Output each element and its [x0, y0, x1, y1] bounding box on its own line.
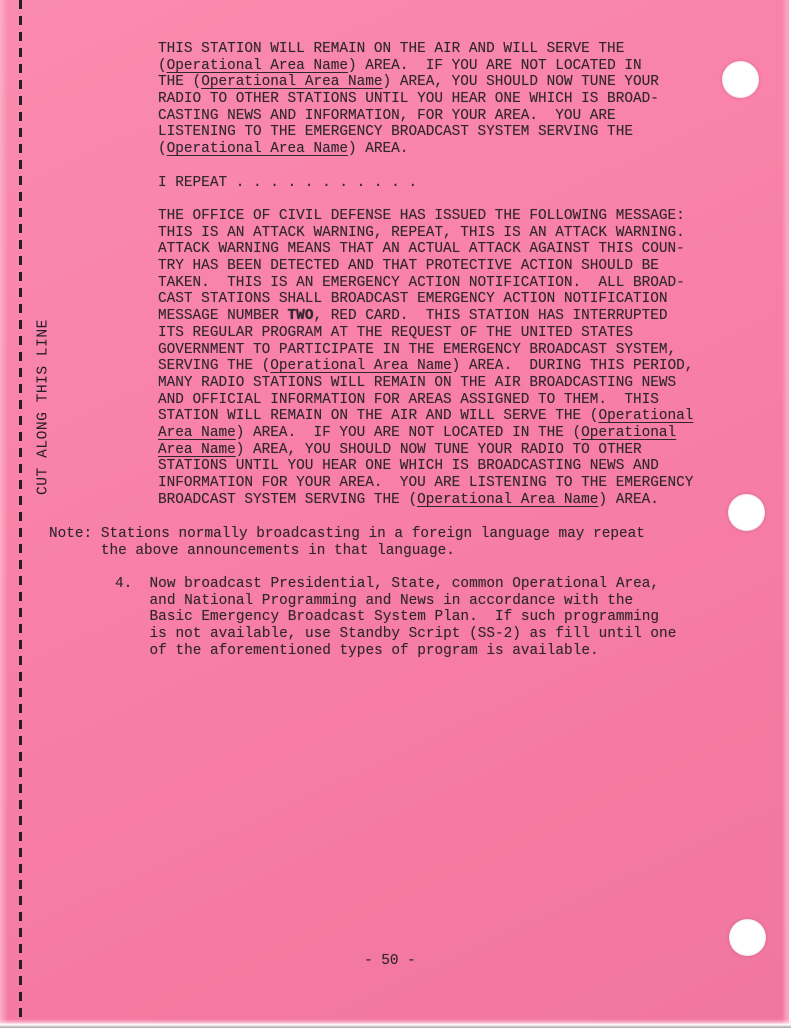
text-line: Area Name) AREA. IF YOU ARE NOT LOCATED …: [158, 425, 693, 442]
text-line: TAKEN. THIS IS AN EMERGENCY ACTION NOTIF…: [158, 275, 693, 292]
page-right-edge: [782, 0, 791, 1028]
text-line: is not available, use Standby Script (SS…: [115, 626, 676, 643]
text-line: ATTACK WARNING MEANS THAT AN ACTUAL ATTA…: [158, 241, 693, 258]
text-line: (Operational Area Name) AREA. IF YOU ARE…: [158, 58, 659, 75]
text-line: and National Programming and News in acc…: [115, 593, 676, 610]
text-line: RADIO TO OTHER STATIONS UNTIL YOU HEAR O…: [158, 91, 659, 108]
punch-hole-middle: [728, 494, 765, 531]
punch-hole-bottom: [729, 919, 766, 956]
note: Note: Stations normally broadcasting in …: [49, 526, 645, 559]
text-line: ITS REGULAR PROGRAM AT THE REQUEST OF TH…: [158, 325, 693, 342]
text-line: 4. Now broadcast Presidential, State, co…: [115, 576, 676, 593]
text-line: MANY RADIO STATIONS WILL REMAIN ON THE A…: [158, 375, 693, 392]
text-line: AND OFFICIAL INFORMATION FOR AREAS ASSIG…: [158, 392, 693, 409]
text-line: CAST STATIONS SHALL BROADCAST EMERGENCY …: [158, 291, 693, 308]
punch-hole-top: [722, 61, 759, 98]
cut-dashed-line: [19, 0, 22, 1020]
text-line: SERVING THE (Operational Area Name) AREA…: [158, 358, 693, 375]
document-page: CUT ALONG THIS LINE THIS STATION WILL RE…: [0, 0, 791, 1028]
cut-along-line-label: CUT ALONG THIS LINE: [36, 319, 53, 495]
text-line: THIS IS AN ATTACK WARNING, REPEAT, THIS …: [158, 225, 693, 242]
text-line: Basic Emergency Broadcast System Plan. I…: [115, 609, 676, 626]
text-line: of the aforementioned types of program i…: [115, 643, 676, 660]
text-line: GOVERNMENT TO PARTICIPATE IN THE EMERGEN…: [158, 342, 693, 359]
page-number: - 50 -: [364, 953, 416, 970]
text-line: MESSAGE NUMBER TWO, RED CARD. THIS STATI…: [158, 308, 693, 325]
text-line: STATIONS UNTIL YOU HEAR ONE WHICH IS BRO…: [158, 458, 693, 475]
text-line: STATION WILL REMAIN ON THE AIR AND WILL …: [158, 408, 693, 425]
paragraph-2: THE OFFICE OF CIVIL DEFENSE HAS ISSUED T…: [158, 208, 693, 508]
text-line: LISTENING TO THE EMERGENCY BROADCAST SYS…: [158, 124, 659, 141]
text-line: Note: Stations normally broadcasting in …: [49, 526, 645, 543]
text-line: INFORMATION FOR YOUR AREA. YOU ARE LISTE…: [158, 475, 693, 492]
text-line: (Operational Area Name) AREA.: [158, 141, 659, 158]
item-4: 4. Now broadcast Presidential, State, co…: [115, 576, 676, 659]
i-repeat: I REPEAT . . . . . . . . . . .: [158, 175, 417, 192]
text-line: I REPEAT . . . . . . . . . . .: [158, 175, 417, 192]
text-line: TRY HAS BEEN DETECTED AND THAT PROTECTIV…: [158, 258, 693, 275]
text-line: the above announcements in that language…: [49, 543, 645, 560]
text-line: THE (Operational Area Name) AREA, YOU SH…: [158, 74, 659, 91]
text-line: CASTING NEWS AND INFORMATION, FOR YOUR A…: [158, 108, 659, 125]
page-left-edge: [0, 0, 8, 1028]
text-line: Area Name) AREA, YOU SHOULD NOW TUNE YOU…: [158, 442, 693, 459]
text-line: THIS STATION WILL REMAIN ON THE AIR AND …: [158, 41, 659, 58]
paragraph-1: THIS STATION WILL REMAIN ON THE AIR AND …: [158, 41, 659, 158]
text-line: THE OFFICE OF CIVIL DEFENSE HAS ISSUED T…: [158, 208, 693, 225]
text-line: BROADCAST SYSTEM SERVING THE (Operationa…: [158, 492, 693, 509]
page-bottom-edge: [0, 1019, 791, 1028]
